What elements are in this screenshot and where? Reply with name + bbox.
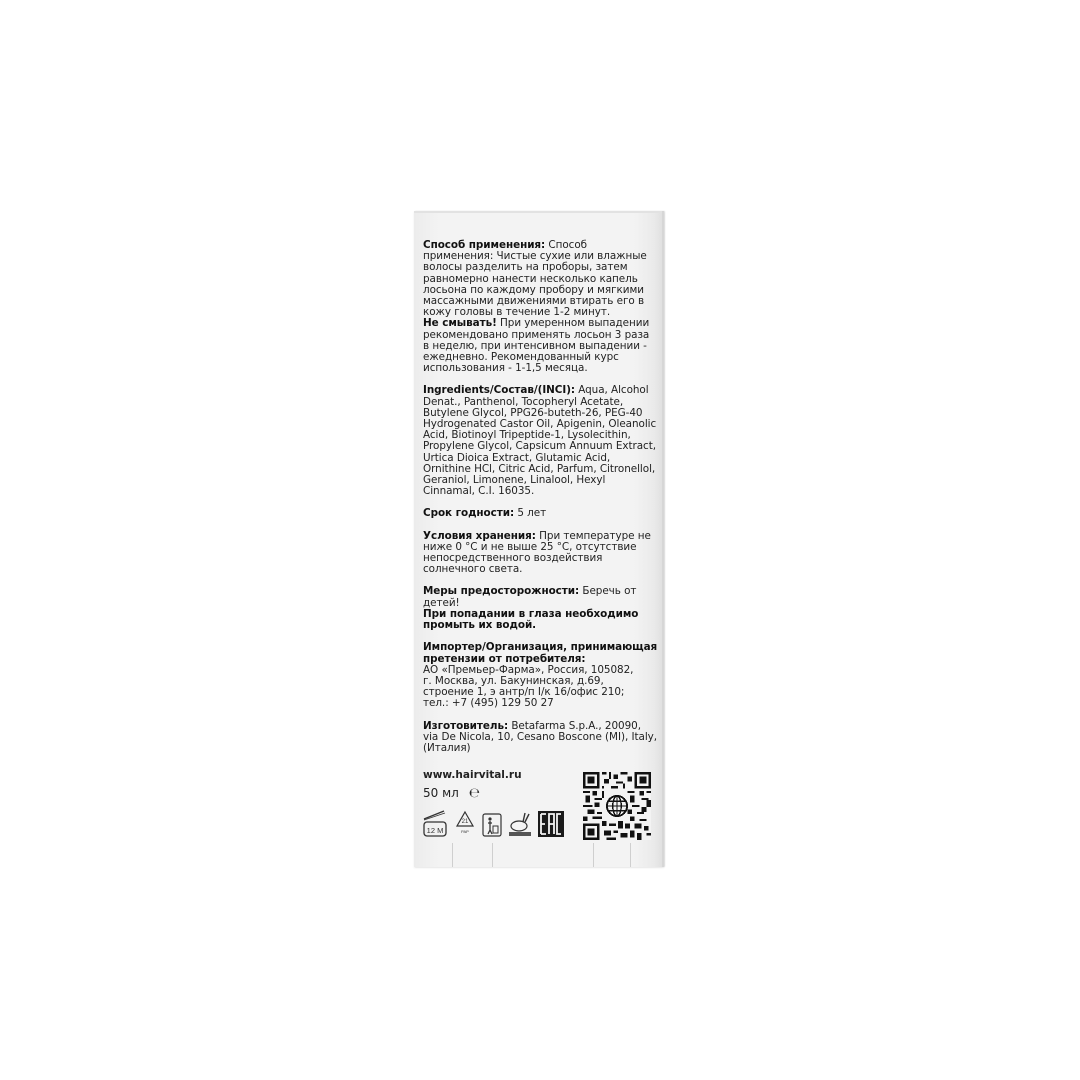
precautions-section: Меры предосторожности: Беречь от детей!П… [423, 586, 658, 631]
product-box-back-panel: Способ применения: Способ применения: Чи… [414, 211, 664, 867]
shelf-life-section: Срок годности: 5 лет [423, 508, 658, 519]
website-text: www.hairvital.ru [423, 769, 522, 781]
svg-text:21: 21 [462, 819, 469, 825]
fold-line [630, 843, 631, 867]
box-top-edge [414, 211, 664, 213]
importer-section: Импортер/Организация, принимающая претен… [423, 642, 658, 709]
volume: 50 мл℮ [423, 786, 480, 801]
estimated-sign-icon: ℮ [469, 786, 480, 801]
manufacturer-label: Изготовитель: [423, 720, 508, 732]
usage-label: Способ применения: [423, 239, 545, 251]
certification-icons: 12 M 21 PAP [422, 809, 564, 837]
no-rinse-section: Не смывать! При умеренном выпадении реко… [423, 318, 658, 374]
importer-line: АО «Премьер-Фарма», Россия, 105082, [423, 664, 633, 676]
fold-line [593, 843, 594, 867]
precautions-label: Меры предосторожности: [423, 585, 579, 597]
precautions-bold-text: При попадании в глаза необходимо промыть… [423, 608, 638, 631]
ingredients-section: Ingredients/Состав/(INCI): Aqua, Alcohol… [423, 385, 658, 497]
recycle-pap-icon: 21 PAP [454, 809, 476, 837]
importer-label: Импортер/Организация, принимающая претен… [423, 641, 657, 664]
ingredients-text: Aqua, Alcohol Denat., Panthenol, Tocophe… [423, 384, 656, 497]
importer-line: строение 1, э антр/п I/к 16/офис 210; [423, 686, 624, 698]
shelf-life-label: Срок годности: [423, 507, 514, 519]
usage-text: Способ применения: Чистые сухие или влаж… [423, 239, 647, 318]
label-text: Способ применения: Способ применения: Чи… [423, 240, 658, 765]
box-right-edge [662, 211, 664, 867]
box-flap-folds [414, 843, 664, 867]
qr-code[interactable] [582, 772, 652, 840]
pao-12m-icon: 12 M [422, 809, 448, 837]
no-rinse-label: Не смывать! [423, 317, 497, 329]
dispose-bin-icon [482, 813, 502, 837]
fold-line [452, 843, 453, 867]
shelf-life-text: 5 лет [514, 507, 546, 519]
cruelty-free-rabbit-icon [508, 811, 532, 837]
storage-section: Условия хранения: При температуре не ниж… [423, 531, 658, 576]
ingredients-label: Ingredients/Состав/(INCI): [423, 384, 575, 396]
storage-label: Условия хранения: [423, 530, 536, 542]
importer-line: тел.: +7 (495) 129 50 27 [423, 697, 554, 709]
manufacturer-section: Изготовитель: Betafarma S.p.A., 20090, v… [423, 721, 658, 755]
svg-text:PAP: PAP [461, 829, 469, 834]
importer-line: г. Москва, ул. Бакунинская, д.69, [423, 675, 604, 687]
fold-line [492, 843, 493, 867]
svg-text:12 M: 12 M [427, 826, 444, 835]
usage-section: Способ применения: Способ применения: Чи… [423, 240, 658, 318]
eac-mark-icon [538, 811, 564, 837]
volume-text: 50 мл [423, 786, 459, 800]
